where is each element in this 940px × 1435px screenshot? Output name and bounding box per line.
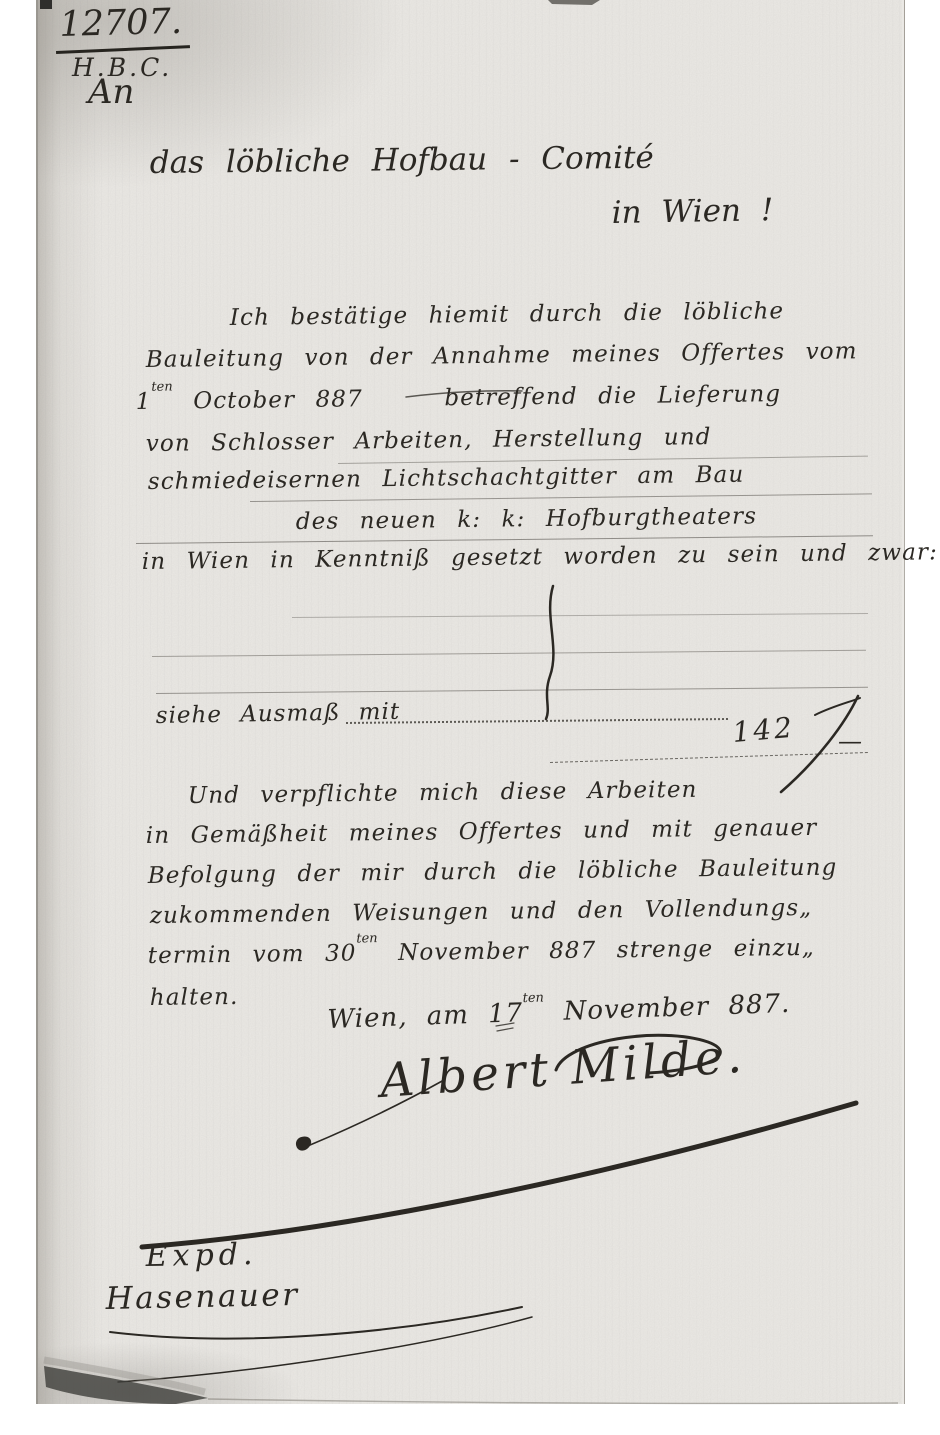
line-12-ordinal: ten	[356, 932, 377, 947]
recipient-name: das löbliche Hofbau - Comité	[150, 141, 654, 180]
line-12-pre: termin vom 30	[148, 940, 357, 969]
amount-value: 142	[731, 713, 796, 749]
amount-label: siehe Ausmaß mit	[156, 700, 401, 730]
line-12-rest: November 887 strenge einzu„	[378, 935, 815, 966]
letter-line-13: halten.	[150, 985, 239, 1011]
dateline-ordinal: ten	[522, 991, 544, 1007]
line-3-day: 1	[136, 389, 152, 415]
expedit-note: Expd.	[145, 1238, 257, 1273]
registry-number: 12707.	[59, 3, 182, 45]
amount-dash: —	[838, 728, 862, 754]
line-3-ordinal: ten	[151, 380, 172, 395]
countersign-name: Hasenauer	[105, 1278, 300, 1316]
address-prefix: An	[88, 74, 134, 111]
scanned-letter-page: 12707. H.B.C. An das löbliche Hofbau - C…	[0, 0, 940, 1435]
recipient-city: in Wien !	[611, 193, 773, 230]
